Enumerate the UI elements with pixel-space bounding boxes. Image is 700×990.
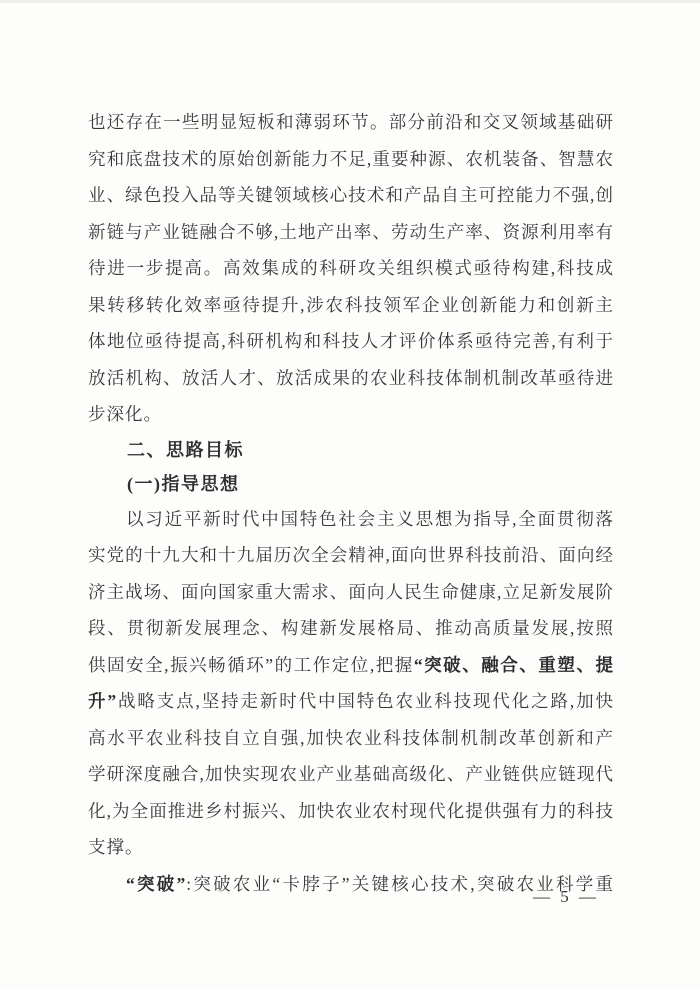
text-line: 以习近平新时代中国特色社会主义思想为指导,全面贯彻落 [88,501,614,538]
body-text: 也还存在一些明显短板和薄弱环节。部分前沿和交叉领域基础研 究和底盘技术的原始创新… [88,104,614,902]
text-line: 化,为全面推进乡村振兴、加快农业农村现代化提供强有力的科技 [88,793,614,830]
emphasized-text: “突破、融合、重塑、提 [414,655,614,675]
text-line: 放活机构、放活人才、放活成果的农业科技体制机制改革亟待进一 [88,360,614,397]
text-line: 业、绿色投入品等关键领域核心技术和产品自主可控能力不强,创 [88,177,614,214]
document-page: 也还存在一些明显短板和薄弱环节。部分前沿和交叉领域基础研 究和底盘技术的原始创新… [0,0,700,990]
text-line: 也还存在一些明显短板和薄弱环节。部分前沿和交叉领域基础研 [88,104,614,141]
paragraph: 也还存在一些明显短板和薄弱环节。部分前沿和交叉领域基础研 究和底盘技术的原始创新… [88,104,614,433]
text-line: 实党的十九大和十九届历次全会精神,面向世界科技前沿、面向经 [88,537,614,574]
text-line: 供固安全,振兴畅循环”的工作定位,把握“突破、融合、重塑、提 [88,647,614,684]
section-heading: 二、思路目标 [88,433,614,467]
emphasized-text: “突破” [126,874,186,894]
text-line: 体地位亟待提高,科研机构和科技人才评价体系亟待完善,有利于 [88,323,614,360]
text-line: 段、贯彻新发展理念、构建新发展格局、推动高质量发展,按照“保 [88,610,614,647]
text-line: 新链与产业链融合不够,土地产出率、劳动生产率、资源利用率有 [88,214,614,251]
text-line: 待进一步提高。高效集成的科研攻关组织模式亟待构建,科技成 [88,250,614,287]
paragraph: 以习近平新时代中国特色社会主义思想为指导,全面贯彻落 实党的十九大和十九届历次全… [88,501,614,866]
text-line: 究和底盘技术的原始创新能力不足,重要种源、农机装备、智慧农 [88,141,614,178]
text-line: 果转移转化效率亟待提升,涉农科技领军企业创新能力和创新主 [88,287,614,324]
text-line: 升”战略支点,坚持走新时代中国特色农业科技现代化之路,加快 [88,683,614,720]
text-line: 济主战场、面向国家重大需求、面向人民生命健康,立足新发展阶 [88,574,614,611]
text-line: 高水平农业科技自立自强,加快农业科技体制机制改革创新和产 [88,720,614,757]
text-line: 学研深度融合,加快实现农业产业基础高级化、产业链供应链现代 [88,756,614,793]
emphasized-text: 升” [88,691,117,711]
text-line: 支撑。 [88,829,614,866]
page-number: — 5 — [533,886,599,908]
text-line: 步深化。 [88,396,614,433]
subsection-heading: (一)指导思想 [88,467,614,501]
